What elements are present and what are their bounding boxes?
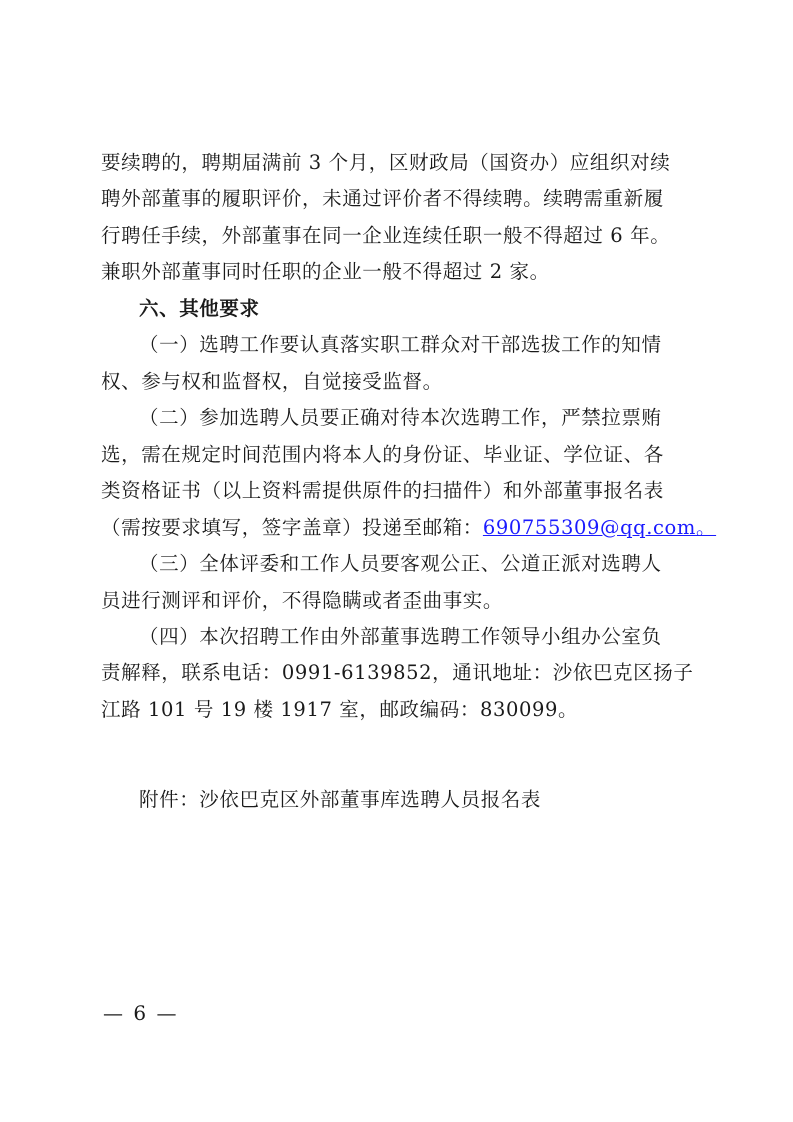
item-4-line: （四）本次招聘工作由外部董事选聘工作领导小组办公室负 [139,625,739,649]
document-page: 要续聘的，聘期届满前 3 个月，区财政局（国资办）应组织对续 聘外部董事的履职评… [0,0,793,1122]
paragraph-line: 兼职外部董事同时任职的企业一般不得超过 2 家。 [101,260,701,284]
item-4-line: 责解释，联系电话：0991-6139852，通讯地址：沙依巴克区扬子 [101,661,701,685]
email-link[interactable]: 690755309@qq.com [483,516,696,539]
item-1-line: （一）选聘工作要认真落实职工群众对干部选拔工作的知情 [139,333,739,357]
item-2-email-line: （需按要求填写，签字盖章）投递至邮箱：690755309@qq.com。 [101,516,701,540]
item-2-line: （二）参加选聘人员要正确对待本次选聘工作，严禁拉票贿 [139,406,739,430]
email-line-prefix: （需按要求填写，签字盖章）投递至邮箱： [101,516,483,539]
paragraph-line: 聘外部董事的履职评价，未通过评价者不得续聘。续聘需重新履 [101,187,701,211]
paragraph-line: 要续聘的，聘期届满前 3 个月，区财政局（国资办）应组织对续 [101,151,701,175]
attachment-note: 附件：沙依巴克区外部董事库选聘人员报名表 [139,788,739,812]
paragraph-line: 行聘任手续，外部董事在同一企业连续任职一般不得超过 6 年。 [101,224,701,248]
item-1-line: 权、参与权和监督权，自觉接受监督。 [101,370,701,394]
item-3-line: （三）全体评委和工作人员要客观公正、公道正派对选聘人 [139,552,739,576]
item-4-line: 江路 101 号 19 楼 1917 室，邮政编码：830099。 [101,698,701,722]
page-number: — 6 — [103,1001,178,1025]
item-2-line: 选，需在规定时间范围内将本人的身份证、毕业证、学位证、各 [101,443,701,467]
email-suffix: 。 [696,516,716,539]
item-2-line: 类资格证书（以上资料需提供原件的扫描件）和外部董事报名表 [101,479,701,503]
item-3-line: 员进行测评和评价，不得隐瞒或者歪曲事实。 [101,589,701,613]
section-heading: 六、其他要求 [139,297,739,321]
